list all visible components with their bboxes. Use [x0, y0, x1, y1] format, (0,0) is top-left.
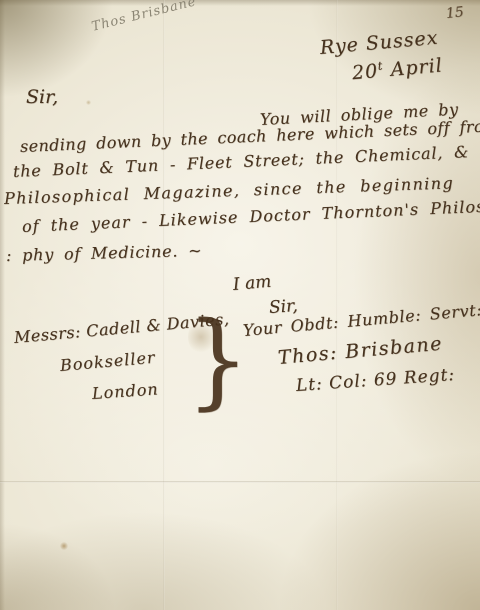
- body-line: : phy of Medicine. ~: [6, 241, 203, 265]
- letter-page: 15 Thos Brisbane Rye Sussex 20t April Si…: [0, 0, 480, 610]
- closing-sir: Sir,: [268, 296, 298, 318]
- foxing-spot: [60, 542, 68, 550]
- folio-number: 15: [445, 4, 464, 22]
- foxing-spot: [86, 100, 91, 105]
- date-month: April: [390, 54, 444, 80]
- pencil-annotation: Thos Brisbane: [90, 0, 198, 35]
- addressee-city: London: [91, 379, 159, 403]
- date-day: 20: [351, 60, 379, 84]
- salutation: Sir,: [26, 86, 58, 108]
- address-brace: }: [186, 308, 250, 412]
- date-ordinal: t: [377, 58, 384, 72]
- fold-crease-horizontal: [0, 481, 480, 483]
- addressee-role: Bookseller: [59, 348, 156, 375]
- signature: Thos: Brisbane: [277, 333, 444, 369]
- letter-date: 20t April: [351, 53, 444, 84]
- fold-crease-vertical-right: [336, 0, 338, 610]
- closing-i-am: I am: [232, 272, 272, 295]
- fold-crease-vertical-left: [163, 0, 165, 610]
- signature-rank: Lt: Col: 69 Regt:: [295, 365, 455, 396]
